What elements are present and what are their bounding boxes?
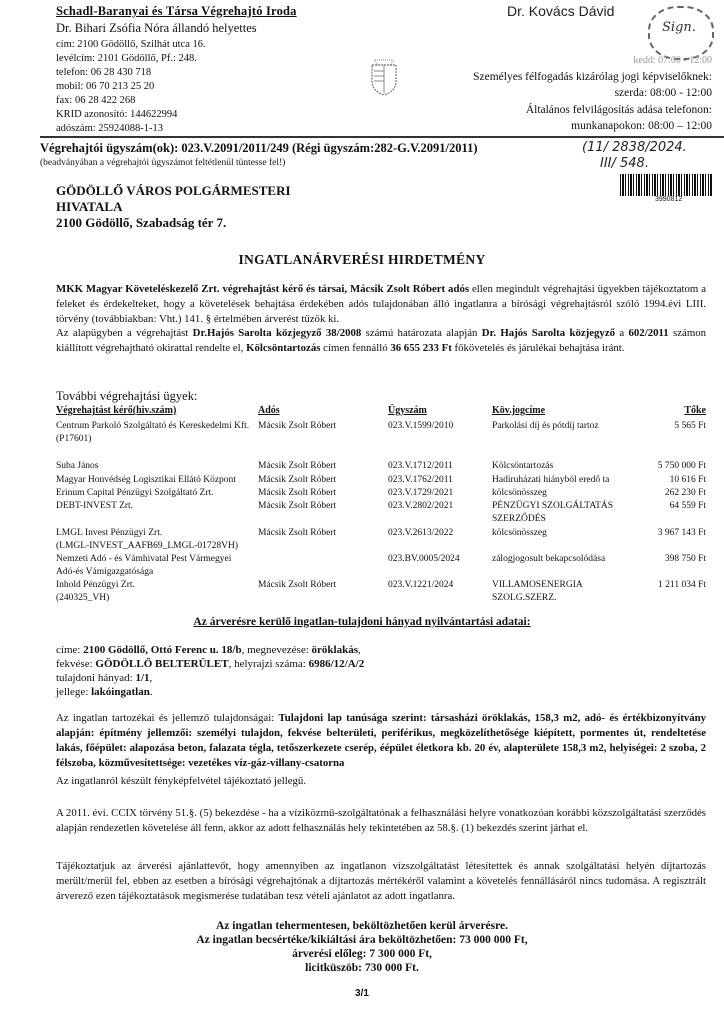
cell-debtor: Mácsik Zsolt Róbert xyxy=(258,487,378,500)
cell-case: 023.V.1762/2011 xyxy=(388,474,488,487)
reception-hours-faded: kedd: 07:00 - 12:00 xyxy=(497,55,712,66)
case-number-old: (Régi ügyszám:282-G.V.2091/2011) xyxy=(292,141,478,155)
office-fax: fax: 06 28 422 268 xyxy=(56,94,135,107)
office-krid: KRID azonosító: 144622994 xyxy=(56,108,177,121)
law-note: A 2011. évi. CCIX törvény 51.§. (5) beke… xyxy=(56,806,706,836)
text: Az alapügyben a végrehajtást xyxy=(56,327,193,339)
cell-title: PÉNZÜGYI SZOLGÁLTATÁS SZERZŐDÉS xyxy=(492,500,627,526)
handwritten-line-1: (11/ 2838/2024. xyxy=(582,140,687,156)
cell-case: 023.V.1729/2021 xyxy=(388,487,488,500)
office-name: Schadl-Baranyai és Társa Végrehajtó Irod… xyxy=(56,4,297,19)
property-type: lakóingatlan xyxy=(91,686,150,698)
info-note: Tájékoztatjuk az árverési ajánlattevőt, … xyxy=(56,859,706,904)
case-number-current: Végrehajtói ügyszám(ok): 023.V.2091/2011… xyxy=(40,141,289,155)
photo-note: Az ingatlanról készült fényképfelvétel t… xyxy=(56,774,706,789)
cell-debtor: Mácsik Zsolt Róbert xyxy=(258,420,378,433)
reception-wednesday: szerda: 08:00 - 12:00 xyxy=(372,85,712,101)
text: címen fennálló xyxy=(320,342,390,354)
barcode-number: 3990812 xyxy=(655,196,682,203)
stamp-signature: Sign. xyxy=(662,20,696,35)
cell-debtor: Mácsik Zsolt Róbert xyxy=(258,460,378,473)
cell-title: zálogjogosult bekapcsolódása xyxy=(492,553,627,566)
summary-deposit: árverési előleg: 7 300 000 Ft, xyxy=(0,947,724,961)
case-number: Végrehajtói ügyszám(ok): 023.V.2091/2011… xyxy=(40,141,478,156)
cell-amount: 262 230 Ft xyxy=(620,487,706,500)
office-postal-address: levélcím: 2101 Gödöllő, Pf.: 248. xyxy=(56,52,197,65)
principal-amount: 36 655 233 Ft xyxy=(390,342,451,354)
property-features: Az ingatlan tartozékai és jellemző tulaj… xyxy=(56,711,706,771)
text: számú határozata alapján xyxy=(361,327,481,339)
official-stamp-icon: Sign. xyxy=(648,6,714,60)
cell-case: 023.V.2613/2022 xyxy=(388,527,488,540)
label: címe: xyxy=(56,644,83,656)
label: , megnevezése: xyxy=(242,644,312,656)
signer-name: Dr. Kovács Dávid xyxy=(507,3,614,19)
cell-amount: 5 565 Ft xyxy=(620,420,706,433)
col-header-claim-title: Köv.jogcíme xyxy=(492,405,545,416)
cell-amount: 3 967 143 Ft xyxy=(620,527,706,540)
label: , helyrajzi száma: xyxy=(229,658,309,670)
reception-workdays: munkanapokon: 08:00 – 12:00 xyxy=(372,118,712,134)
property-designation: öröklakás xyxy=(312,644,358,656)
col-header-case: Ügyszám xyxy=(388,405,427,416)
cell-title: Hadiruházati hiányból eredő ta xyxy=(492,474,627,487)
property-share-line: tulajdoni hányad: 1/1, xyxy=(56,671,152,685)
cell-case: 023.V.1599/2010 xyxy=(388,420,488,433)
cell-amount: 5 750 000 Ft xyxy=(620,460,706,473)
cell-creditor: Suba János xyxy=(56,460,252,473)
recipient-line-1: GÖDÖLLŐ VÁROS POLGÁRMESTERI xyxy=(56,183,291,199)
cell-case: 023.BV.0005/2024 xyxy=(388,553,488,566)
col-header-creditor: Végrehajtást kérő(hiv.szám) xyxy=(56,405,176,416)
col-header-debtor: Adós xyxy=(258,405,280,416)
handwritten-line-2: III/ 548. xyxy=(582,156,687,172)
cell-creditor: DEBT-INVEST Zrt. xyxy=(56,500,252,513)
cell-debtor: Mácsik Zsolt Róbert xyxy=(258,500,378,513)
cell-title: kölcsönösszeg xyxy=(492,527,627,540)
cell-title: VILLAMOSENERGIA SZOLG.SZERZ. xyxy=(492,579,627,605)
intro-parties: MKK Magyar Követeléskezelő Zrt. végrehaj… xyxy=(56,283,469,295)
property-share: 1/1 xyxy=(135,672,149,684)
notary-decision: Dr.Hajós Sarolta közjegyző 38/2008 xyxy=(193,327,362,339)
office-phone: telefon: 06 28 430 718 xyxy=(56,66,151,79)
property-section-title: Az árverésre kerülő ingatlan-tulajdoni h… xyxy=(0,616,724,628)
document-title: INGATLANÁRVERÉSI HIRDETMÉNY xyxy=(0,252,724,268)
text: főkövetelés és járulékai behajtása iránt… xyxy=(452,342,625,354)
intro-paragraph-1: MKK Magyar Követeléskezelő Zrt. végrehaj… xyxy=(56,282,706,327)
case-number-note: (beadványában a végrehajtói ügyszámot fe… xyxy=(40,158,285,168)
property-location: GÖDÖLLŐ BELTERÜLET xyxy=(95,658,228,670)
recipient-address: 2100 Gödöllő, Szabadság tér 7. xyxy=(56,215,226,231)
cell-amount: 64 559 Ft xyxy=(620,500,706,513)
label: jellege: xyxy=(56,686,91,698)
cell-case: 023.V.1712/2011 xyxy=(388,460,488,473)
cell-amount: 398 750 Ft xyxy=(620,553,706,566)
cell-case: 023.V.2802/2021 xyxy=(388,500,488,513)
claim-title: Kölcsöntartozás xyxy=(246,342,320,354)
cell-title: Kölcsöntartozás xyxy=(492,460,627,473)
office-address: cím: 2100 Gödöllő, Szilhát utca 16. xyxy=(56,38,206,51)
label: tulajdoni hányad: xyxy=(56,672,135,684)
property-location-line: fekvése: GÖDÖLLŐ BELTERÜLET, helyrajzi s… xyxy=(56,657,364,671)
document-number: 602/2011 xyxy=(629,327,669,339)
cell-title: kölcsönösszeg xyxy=(492,487,627,500)
cell-creditor: Centrum Parkoló Szolgáltató és Kereskede… xyxy=(56,420,252,446)
office-mobile: mobil: 06 70 213 25 20 xyxy=(56,80,154,93)
handwritten-reference: (11/ 2838/2024. III/ 548. xyxy=(582,140,687,172)
cell-title: Parkolási díj és pótdíj tartoz xyxy=(492,420,627,433)
cell-amount: 10 616 Ft xyxy=(620,474,706,487)
text: a xyxy=(615,327,628,339)
summary-bid-increment: licitküszöb: 730 000 Ft. xyxy=(0,961,724,975)
office-deputy: Dr. Bihari Zsófia Nóra állandó helyettes xyxy=(56,21,257,36)
property-lot-number: 6986/12/A/2 xyxy=(309,658,365,670)
cell-debtor: Mácsik Zsolt Róbert xyxy=(258,527,378,540)
cell-creditor: Erinum Capital Pénzügyi Szolgáltató Zrt. xyxy=(56,487,252,500)
property-address-line: címe: 2100 Gödöllő, Ottó Ferenc u. 18/b,… xyxy=(56,643,361,657)
label: fekvése: xyxy=(56,658,95,670)
cell-creditor: Inhold Pénzügyi Zrt. (240325_VH) xyxy=(56,579,252,605)
cell-case: 023.V.1221/2024 xyxy=(388,579,488,592)
intro-paragraph-2: Az alapügyben a végrehajtást Dr.Hajós Sa… xyxy=(56,326,706,356)
summary-estimated-value: Az ingatlan becsértéke/kikiáltási ára be… xyxy=(0,933,724,947)
notary-name: Dr. Hajós Sarolta közjegyző xyxy=(482,327,615,339)
office-tax-number: adószám: 25924088-1-13 xyxy=(56,122,163,135)
summary-line-1: Az ingatlan tehermentesen, beköltözhetőe… xyxy=(0,919,724,933)
cell-creditor: Magyar Honvédség Logisztikai Ellátó Közp… xyxy=(56,474,252,487)
cell-creditor: LMGL Invest Pénzügyi Zrt. (LMGL-INVEST_A… xyxy=(56,527,252,553)
label: Az ingatlan tartozékai és jellemző tulaj… xyxy=(56,712,279,724)
property-type-line: jellege: lakóingatlan. xyxy=(56,685,153,699)
reception-phone-info: Általános felvilágosítás adása telefonon… xyxy=(372,102,712,118)
cell-amount: 1 211 034 Ft xyxy=(620,579,706,592)
cell-creditor: Nemzeti Adó - és Vámhivatal Pest Vármegy… xyxy=(56,553,252,579)
cell-debtor: Mácsik Zsolt Róbert xyxy=(258,474,378,487)
cell-debtor: Mácsik Zsolt Róbert xyxy=(258,579,378,592)
property-address: 2100 Gödöllő, Ottó Ferenc u. 18/b xyxy=(83,644,241,656)
col-header-amount: Tőke xyxy=(640,405,706,416)
page-number: 3/1 xyxy=(0,988,724,999)
reception-legal-rep: Személyes félfogadás kizárólag jogi képv… xyxy=(372,69,712,85)
other-cases-title: További végrehajtási ügyek: xyxy=(56,389,197,404)
recipient-line-2: HIVATALA xyxy=(56,199,122,215)
barcode-icon xyxy=(620,174,712,196)
header-divider xyxy=(40,136,724,138)
